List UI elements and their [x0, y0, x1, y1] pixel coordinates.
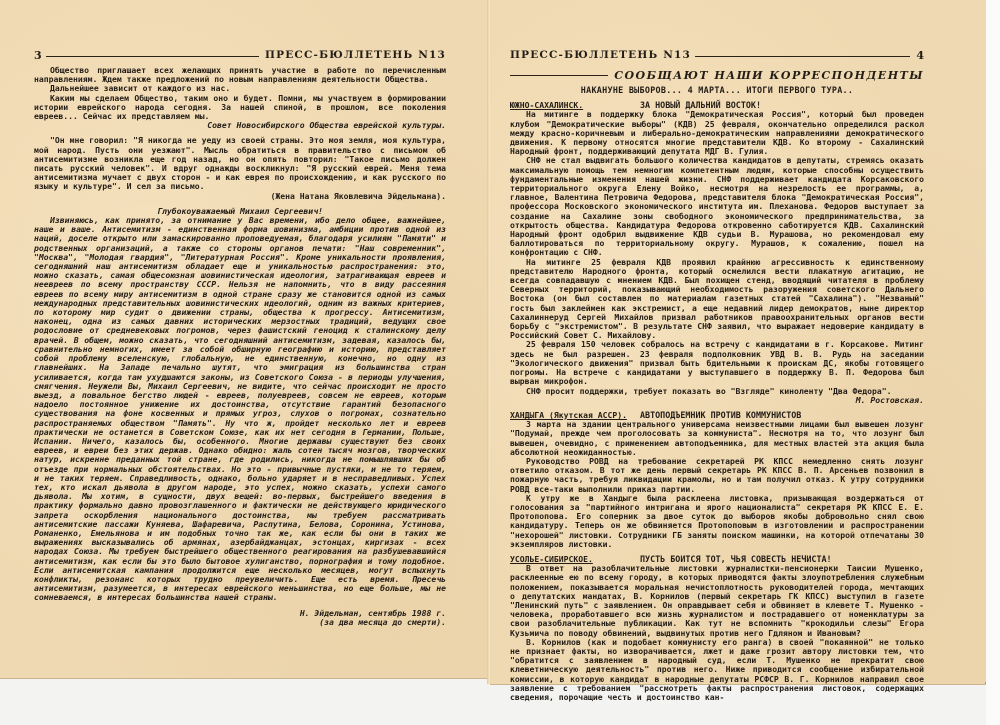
- article-usolye-sibirskoye: УСОЛЬЕ-СИБИРСКОЕ. ПУСТЬ БОИТСЯ ТОТ, ЧЬЯ …: [510, 555, 924, 702]
- article-paragraph: 3 марта на здании центрального универсам…: [510, 420, 924, 457]
- right-running-header: ПРЕСС-БЮЛЛЕТЕНЬ N13 4: [510, 46, 924, 60]
- section-rule: [510, 75, 608, 76]
- article-yuzhno-sakhalinsk: ЮЖНО-САХАЛИНСК. ЗА НОВЫЙ ДАЛЬНИЙ ВОСТОК!…: [510, 101, 924, 405]
- section-subheader: НАКАНУНЕ ВЫБОРОВ... 4 МАРТА... ИТОГИ ПЕР…: [510, 86, 924, 95]
- left-page: 3 ПРЕСС-БЮЛЛЕТЕНЬ N13 Общество приглашае…: [0, 0, 490, 679]
- page-number: 3: [34, 51, 42, 60]
- article-paragraph: На митинге в поддержку блока "Демократич…: [510, 110, 924, 156]
- right-page: ПРЕСС-БЮЛЛЕТЕНЬ N13 4 СООБЩАЮТ НАШИ КОРР…: [490, 0, 988, 685]
- letter-signature-note: (за два месяца до смерти).: [34, 618, 446, 627]
- section-banner: СООБЩАЮТ НАШИ КОРРЕСПОНДЕНТЫ: [510, 64, 924, 80]
- section-title: СООБЩАЮТ НАШИ КОРРЕСПОНДЕНТЫ: [614, 71, 924, 80]
- article-paragraph: 25 февраля 150 человек собралось на встр…: [510, 340, 924, 386]
- article-paragraph: СНФ не стал выдвигать большого количеств…: [510, 156, 924, 257]
- header-rule: [46, 56, 259, 57]
- letter-body: Извиняюсь, как принято, за отнимание у В…: [34, 216, 446, 603]
- article-signature: М. Ростовская.: [510, 396, 924, 405]
- header-rule: [695, 56, 910, 57]
- quote-attribution: (Жена Натана Яковлевича Эйдельмана).: [34, 192, 446, 201]
- left-running-header: 3 ПРЕСС-БЮЛЛЕТЕНЬ N13: [34, 46, 446, 60]
- intro-paragraph: Общество приглашает всех желающих принят…: [34, 66, 446, 84]
- article-paragraph: В. Корнилов (как и подобает коммунисту е…: [510, 638, 924, 702]
- article-paragraph: На митинге 25 февраля КДВ проявил крайню…: [510, 258, 924, 341]
- right-page-content: ПРЕСС-БЮЛЛЕТЕНЬ N13 4 СООБЩАЮТ НАШИ КОРР…: [510, 46, 924, 702]
- article-paragraph: Руководство РОВД на требование секретаре…: [510, 457, 924, 494]
- bulletin-title: ПРЕСС-БЮЛЛЕТЕНЬ N13: [265, 51, 446, 60]
- bulletin-title: ПРЕСС-БЮЛЛЕТЕНЬ N13: [510, 51, 691, 60]
- quote-paragraph: "Он мне говорил: "Я никогда не уеду из с…: [34, 136, 446, 191]
- scan-background: [986, 0, 1000, 725]
- intro-signature: Совет Новосибирского Общества еврейской …: [34, 121, 446, 130]
- left-page-content: 3 ПРЕСС-БЮЛЛЕТЕНЬ N13 Общество приглашае…: [34, 46, 446, 627]
- article-paragraph: К утру же в Хандыге была расклеена листо…: [510, 494, 924, 549]
- page-number: 4: [916, 51, 924, 60]
- article-paragraph: В ответ на разоблачительные листовки жур…: [510, 564, 924, 638]
- intro-paragraph: Каким мы сделаем Общество, таким оно и б…: [34, 94, 446, 122]
- article-khandyga: ХАНДЫГА (Якутская АССР). АВТОПОДЪЕМНИК П…: [510, 411, 924, 549]
